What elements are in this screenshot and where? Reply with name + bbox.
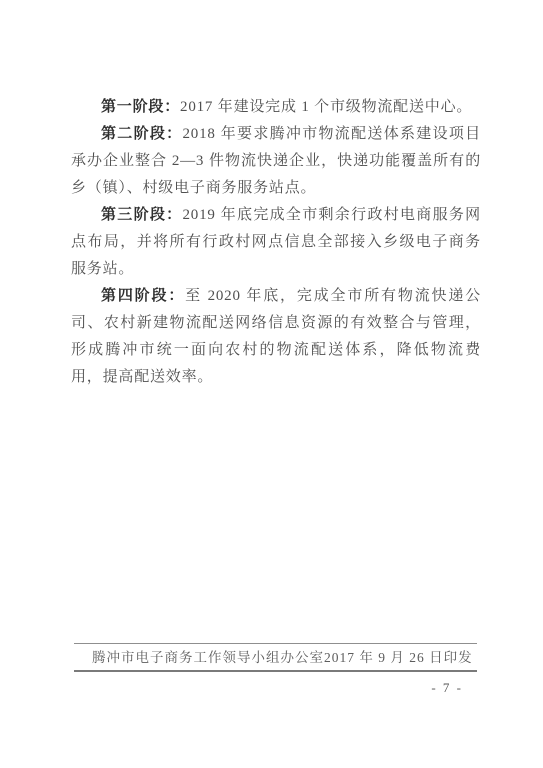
- footer-row: 腾冲市电子商务工作领导小组办公室 2017 年 9 月 26 日印发: [74, 648, 477, 668]
- document-body: 第一阶段：2017 年建设完成 1 个市级物流配送中心。 第二阶段：2018 年…: [71, 94, 481, 391]
- stage-2-lead: 第二阶段：: [101, 126, 182, 142]
- page-number: - 7 -: [431, 680, 463, 696]
- footer-rule-top: [74, 643, 477, 644]
- stage-4-lead: 第四阶段：: [101, 288, 185, 304]
- paragraph-stage-4: 第四阶段：至 2020 年底，完成全市所有物流快递公司、农村新建物流配送网络信息…: [71, 283, 481, 391]
- footer-rule-bottom: [74, 670, 477, 672]
- stage-1-lead: 第一阶段：: [101, 99, 180, 115]
- stage-1-text: 2017 年建设完成 1 个市级物流配送中心。: [180, 99, 472, 115]
- paragraph-stage-2: 第二阶段：2018 年要求腾冲市物流配送体系建设项目承办企业整合 2—3 件物流…: [71, 121, 481, 202]
- paragraph-stage-1: 第一阶段：2017 年建设完成 1 个市级物流配送中心。: [71, 94, 481, 121]
- document-page: 第一阶段：2017 年建设完成 1 个市级物流配送中心。 第二阶段：2018 年…: [0, 0, 543, 768]
- footer-print-date: 2017 年 9 月 26 日印发: [324, 648, 473, 668]
- footer-office: 腾冲市电子商务工作领导小组办公室: [92, 648, 324, 668]
- stage-3-lead: 第三阶段：: [101, 207, 182, 223]
- paragraph-stage-3: 第三阶段：2019 年底完成全市剩余行政村电商服务网点布局，并将所有行政村网点信…: [71, 202, 481, 283]
